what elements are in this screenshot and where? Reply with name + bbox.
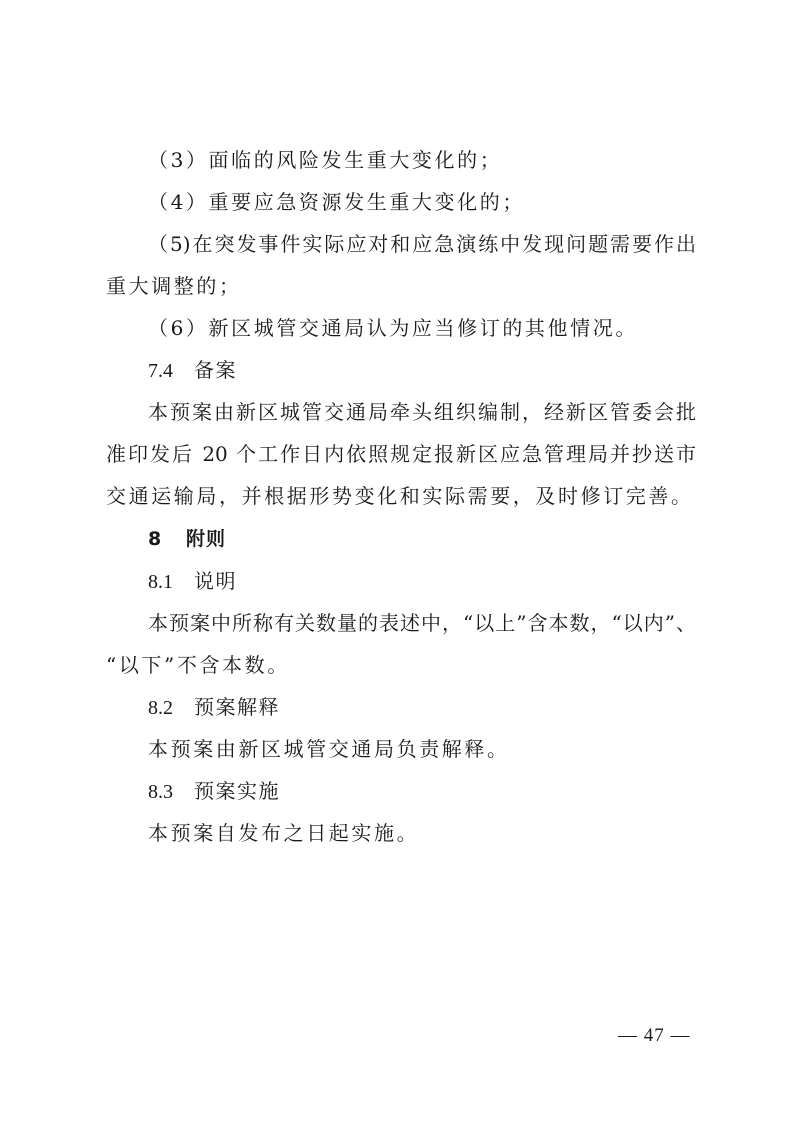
- section-heading-8-1: 8.1说明: [148, 567, 696, 596]
- list-item-5-continued: 重大调整的；: [106, 272, 696, 300]
- page-number: — 47 —: [618, 1025, 691, 1047]
- section-title: 附则: [186, 528, 226, 550]
- section-title: 说明: [194, 569, 237, 593]
- section-number: 8.3: [148, 778, 194, 806]
- paragraph-line: 本预案由新区城管交通局牵头组织编制，经新区管委会批: [148, 398, 696, 426]
- section-heading-7-4: 7.4备案: [148, 356, 696, 385]
- paragraph-line: 本预案自发布之日起实施。: [148, 819, 696, 847]
- section-title: 预案实施: [194, 779, 280, 803]
- paragraph-line: 本预案由新区城管交通局负责解释。: [148, 735, 696, 763]
- section-heading-8: 8附则: [148, 525, 696, 553]
- section-number: 8.1: [148, 568, 194, 596]
- section-heading-8-3: 8.3预案实施: [148, 777, 696, 806]
- list-item-6: （6）新区城管交通局认为应当修订的其他情况。: [148, 314, 696, 342]
- list-item-5: （5)在突发事件实际应对和应急演练中发现问题需要作出: [148, 230, 696, 258]
- list-item-4: （4）重要应急资源发生重大变化的；: [148, 188, 696, 216]
- section-heading-8-2: 8.2预案解释: [148, 693, 696, 722]
- section-number: 8.2: [148, 694, 194, 722]
- paragraph-line: 准印发后 20 个工作日内依照规定报新区应急管理局并抄送市: [106, 440, 696, 468]
- section-number: 8: [148, 525, 186, 553]
- document-page: （3）面临的风险发生重大变化的； （4）重要应急资源发生重大变化的； （5)在突…: [0, 0, 794, 1123]
- paragraph-line: “以下”不含本数。: [106, 651, 696, 679]
- section-title: 备案: [194, 358, 237, 382]
- paragraph-line: 本预案中所称有关数量的表述中，“以上”含本数，“以内”、: [148, 609, 696, 637]
- section-title: 预案解释: [194, 695, 280, 719]
- list-item-3: （3）面临的风险发生重大变化的；: [148, 146, 696, 174]
- section-number: 7.4: [148, 357, 194, 385]
- paragraph-line: 交通运输局，并根据形势变化和实际需要，及时修订完善。: [106, 482, 696, 510]
